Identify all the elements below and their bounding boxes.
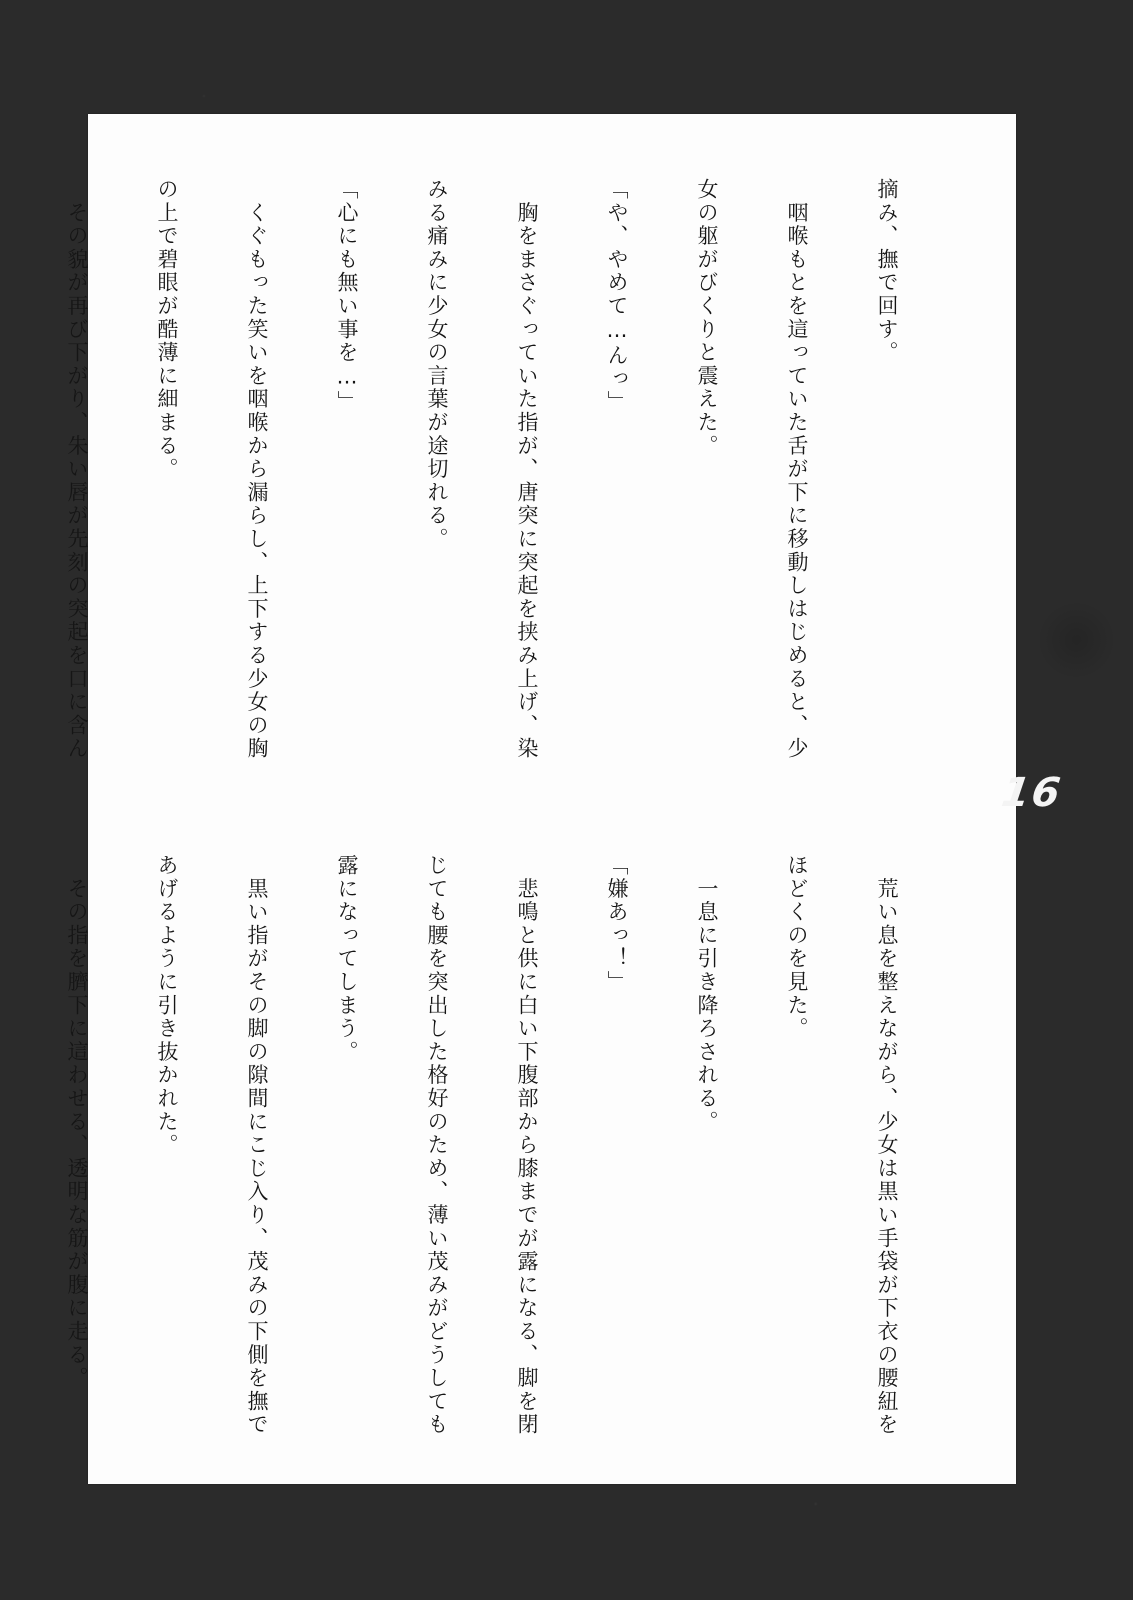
document-page: 摘み、撫で回す。 咽喉もとを這っていた舌が下に移動しはじめると、少 女の躯がびく… [88, 114, 1016, 1484]
text-block-lower: 荒い息を整えながら、少女は黒い手袋が下衣の腰紐を ほどくのを見た。 一息に引き降… [0, 854, 962, 1454]
text-line: あげるように引き抜かれた。 [152, 854, 182, 1454]
text-line: の上で碧眼が酷薄に細まる。 [152, 178, 182, 768]
text-block-upper: 摘み、撫で回す。 咽喉もとを這っていた舌が下に移動しはじめると、少 女の躯がびく… [0, 178, 962, 768]
text-line: 「や、やめて…んっ」 [602, 178, 632, 768]
text-line: 「愉しんでいるようだなあ」 [0, 854, 2, 1454]
text-line: 荒い息を整えながら、少女は黒い手袋が下衣の腰紐を [872, 854, 902, 1454]
text-line: だ。 [0, 178, 2, 768]
text-line: その貌が再び下がり、朱い唇が先刻の突起を口に含ん [62, 178, 92, 768]
text-line: 咽喉もとを這っていた舌が下に移動しはじめると、少 [782, 178, 812, 768]
text-line: 黒い指がその脚の隙間にこじ入り、茂みの下側を撫で [242, 854, 272, 1454]
text-line: 摘み、撫で回す。 [872, 178, 902, 768]
text-line: 女の躯がびくりと震えた。 [692, 178, 722, 768]
text-line: みる痛みに少女の言葉が途切れる。 [422, 178, 452, 768]
text-line: 露になってしまう。 [332, 854, 362, 1454]
text-line: 「嫌あっ！」 [602, 854, 632, 1454]
text-line: じても腰を突出した格好のため、薄い茂みがどうしても [422, 854, 452, 1454]
text-line: 悲鳴と供に白い下腹部から膝までが露になる、脚を閉 [512, 854, 542, 1454]
page-number: 16 [999, 770, 1065, 816]
text-line: 「心にも無い事を…」 [332, 178, 362, 768]
text-line: 胸をまさぐっていた指が、唐突に突起を挟み上げ、染 [512, 178, 542, 768]
text-line: くぐもった笑いを咽喉から漏らし、上下する少女の胸 [242, 178, 272, 768]
text-line: 一息に引き降ろされる。 [692, 854, 722, 1454]
text-line: ほどくのを見た。 [782, 854, 812, 1454]
text-line: その指を臍下に這わせる、透明な筋が腹に走る。 [62, 854, 92, 1454]
